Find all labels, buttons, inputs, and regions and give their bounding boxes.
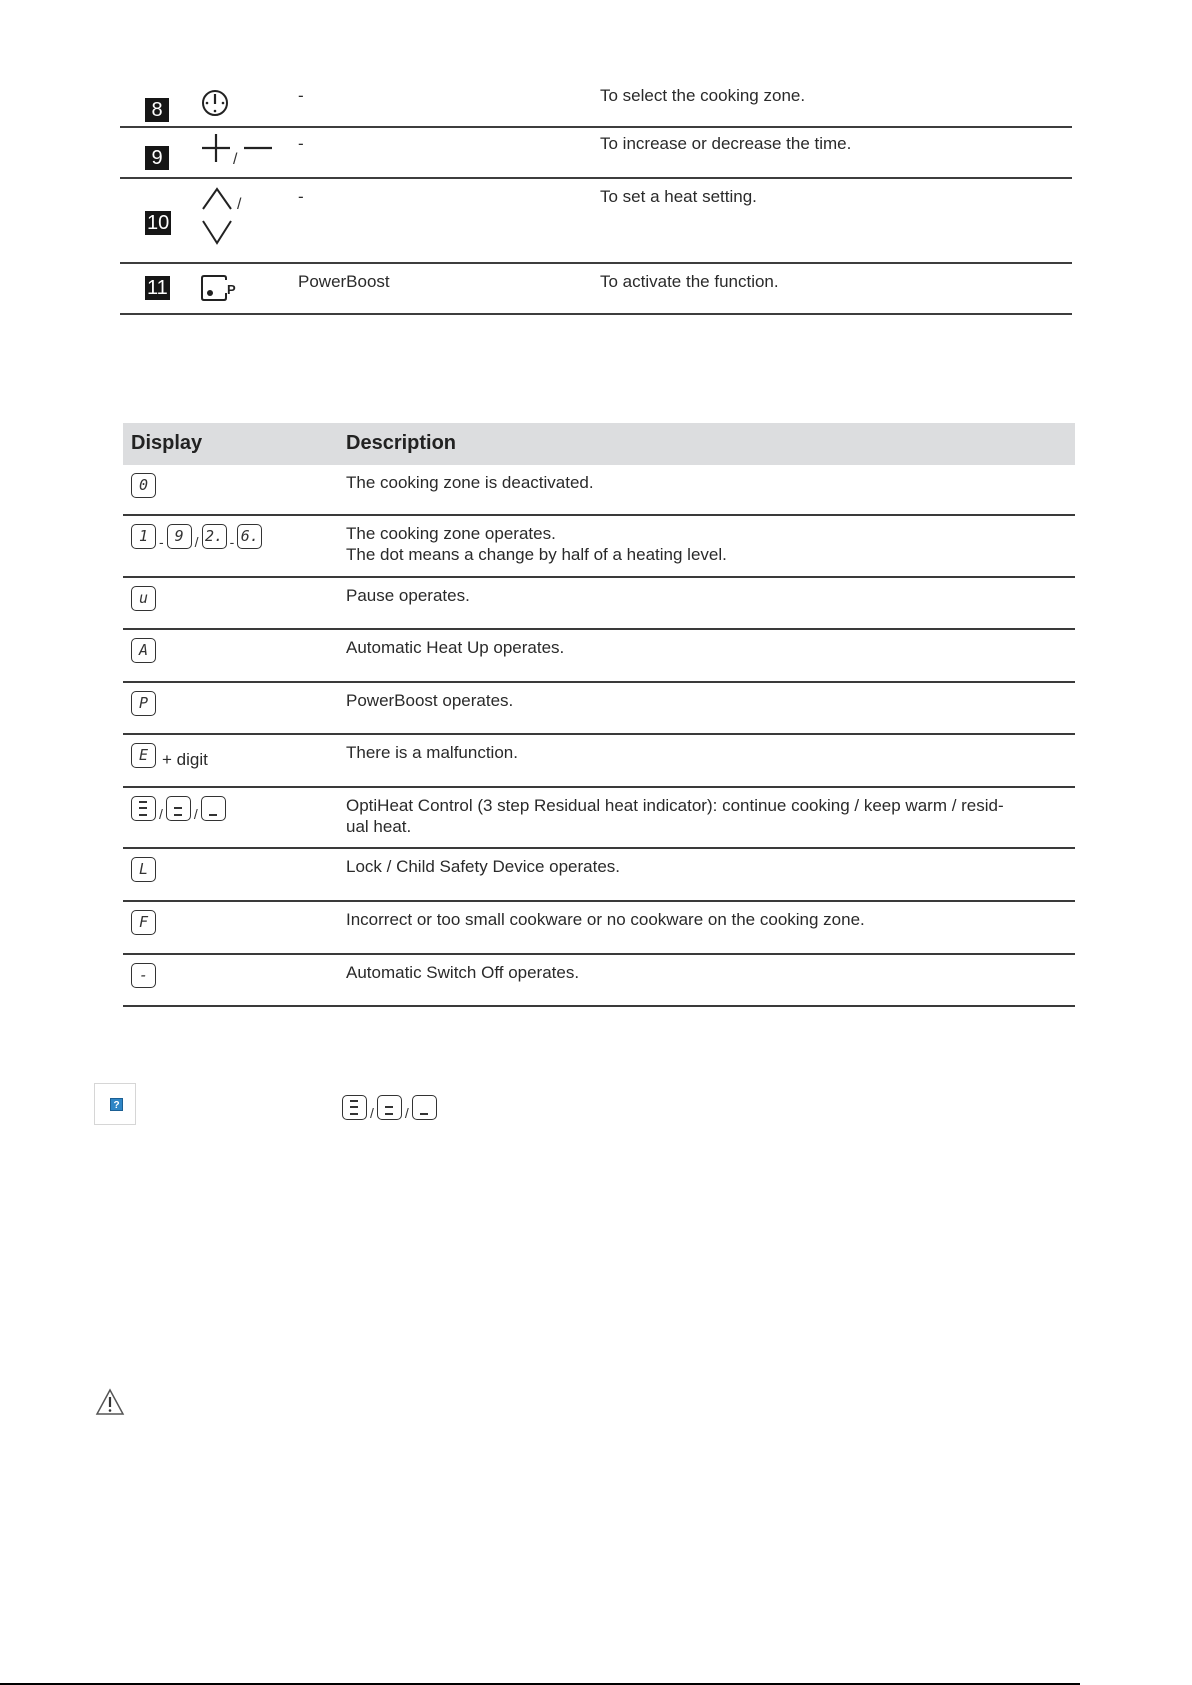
controls-row: 11PPowerBoostTo activate the function. xyxy=(120,264,1072,315)
display-table-row: LLock / Child Safety Device operates. xyxy=(123,849,1075,902)
description-line: OptiHeat Control (3 step Residual heat i… xyxy=(346,795,1071,816)
plus-minus-icon: / xyxy=(200,134,280,173)
svg-text:P: P xyxy=(227,282,236,297)
display-symbols: 1-9/2.-6. xyxy=(131,524,262,549)
display-symbols: L xyxy=(131,857,156,882)
description-line: Incorrect or too small cookware or no co… xyxy=(346,909,1071,930)
slash-separator: / xyxy=(195,535,199,549)
display-description: Automatic Switch Off operates. xyxy=(346,962,1071,983)
display-symbol--: - xyxy=(131,963,156,988)
broken-image-icon: ? xyxy=(110,1098,123,1111)
description-line: Lock / Child Safety Device operates. xyxy=(346,856,1071,877)
display-description: OptiHeat Control (3 step Residual heat i… xyxy=(346,795,1071,837)
display-table-row: uPause operates. xyxy=(123,578,1075,630)
header-display: Display xyxy=(131,432,202,455)
description-line: PowerBoost operates. xyxy=(346,690,1071,711)
slash-separator: / xyxy=(159,807,163,821)
control-description: To increase or decrease the time. xyxy=(600,134,851,154)
display-symbol-F: F xyxy=(131,910,156,935)
display-table-row: FIncorrect or too small cookware or no c… xyxy=(123,902,1075,955)
display-table-row: 1-9/2.-6.The cooking zone operates.The d… xyxy=(123,516,1075,578)
description-line: The cooking zone is deactivated. xyxy=(346,472,1071,493)
display-table-row: 0The cooking zone is deactivated. xyxy=(123,465,1075,516)
residual-heat-3-bar-symbol xyxy=(131,796,156,821)
optiheat-symbols: // xyxy=(342,1095,437,1120)
warning-triangle-icon xyxy=(95,1388,125,1416)
timer-clock-icon xyxy=(200,88,230,123)
item-number-badge: 9 xyxy=(145,146,169,170)
display-symbol-9: 9 xyxy=(167,524,192,549)
display-table-row: //OptiHeat Control (3 step Residual heat… xyxy=(123,788,1075,849)
residual-heat-1-bar-symbol xyxy=(201,796,226,821)
control-description: To select the cooking zone. xyxy=(600,86,805,106)
header-description: Description xyxy=(346,432,456,455)
display-symbols: - xyxy=(131,963,156,988)
residual-heat-2-bar-symbol xyxy=(166,796,191,821)
display-symbol-A: A xyxy=(131,638,156,663)
display-symbol-6-dot: 6. xyxy=(237,524,262,549)
display-symbol-u: u xyxy=(131,586,156,611)
display-table-row: -Automatic Switch Off operates. xyxy=(123,955,1075,1007)
display-description: Automatic Heat Up operates. xyxy=(346,637,1071,658)
control-function: - xyxy=(298,134,304,154)
display-symbols: 0 xyxy=(131,473,156,498)
display-symbols: F xyxy=(131,910,156,935)
display-symbols: A xyxy=(131,638,156,663)
display-table-row: AAutomatic Heat Up operates. xyxy=(123,630,1075,683)
display-table: Display Description 0The cooking zone is… xyxy=(123,423,1075,1007)
svg-text:/: / xyxy=(233,151,238,168)
control-description: To set a heat setting. xyxy=(600,187,757,207)
broken-image-placeholder: ? xyxy=(94,1083,136,1125)
display-symbols: u xyxy=(131,586,156,611)
range-dash: - xyxy=(159,535,164,549)
display-symbol-P: P xyxy=(131,691,156,716)
powerboost-icon: P xyxy=(200,272,240,309)
svg-text:/: / xyxy=(237,196,242,213)
residual-heat-3-bar-symbol xyxy=(342,1095,367,1120)
display-symbol-1: 1 xyxy=(131,524,156,549)
controls-row: 9/-To increase or decrease the time. xyxy=(120,128,1072,179)
display-description: Incorrect or too small cookware or no co… xyxy=(346,909,1071,930)
control-description: To activate the function. xyxy=(600,272,779,292)
controls-row: 10/-To set a heat setting. xyxy=(120,179,1072,264)
display-symbol-E: E xyxy=(131,743,156,768)
item-number-badge: 11 xyxy=(145,276,170,300)
display-symbol-0: 0 xyxy=(131,473,156,498)
control-function: - xyxy=(298,187,304,207)
up-down-arrows-icon: / xyxy=(200,183,250,252)
residual-heat-1-bar-symbol xyxy=(412,1095,437,1120)
display-symbols: // xyxy=(131,796,226,821)
display-description: The cooking zone operates.The dot means … xyxy=(346,523,1071,565)
display-description: There is a malfunction. xyxy=(346,742,1071,763)
row-divider xyxy=(120,313,1072,315)
description-line: Automatic Heat Up operates. xyxy=(346,637,1071,658)
display-symbol-2-dot: 2. xyxy=(202,524,227,549)
display-description: Lock / Child Safety Device operates. xyxy=(346,856,1071,877)
description-line: The dot means a change by half of a heat… xyxy=(346,544,1071,565)
range-dash: - xyxy=(230,535,235,549)
plus-digit-label: + digit xyxy=(162,751,208,768)
description-line: Pause operates. xyxy=(346,585,1071,606)
slash-separator: / xyxy=(405,1106,409,1120)
display-symbols: E+ digit xyxy=(131,743,208,768)
slash-separator: / xyxy=(370,1106,374,1120)
control-function: PowerBoost xyxy=(298,272,390,292)
description-line: There is a malfunction. xyxy=(346,742,1071,763)
display-table-row: E+ digitThere is a malfunction. xyxy=(123,735,1075,788)
display-table-row: PPowerBoost operates. xyxy=(123,683,1075,735)
slash-separator: / xyxy=(194,807,198,821)
display-symbol-L: L xyxy=(131,857,156,882)
display-table-header: Display Description xyxy=(123,423,1075,465)
display-description: Pause operates. xyxy=(346,585,1071,606)
residual-heat-2-bar-symbol xyxy=(377,1095,402,1120)
description-line: Automatic Switch Off operates. xyxy=(346,962,1071,983)
controls-row: 8-To select the cooking zone. xyxy=(120,80,1072,128)
display-description: The cooking zone is deactivated. xyxy=(346,472,1071,493)
description-line: ual heat. xyxy=(346,816,1071,837)
description-line: The cooking zone operates. xyxy=(346,523,1071,544)
item-number-badge: 8 xyxy=(145,98,169,122)
item-number-badge: 10 xyxy=(145,211,171,235)
control-function: - xyxy=(298,86,304,106)
display-description: PowerBoost operates. xyxy=(346,690,1071,711)
display-symbols: P xyxy=(131,691,156,716)
